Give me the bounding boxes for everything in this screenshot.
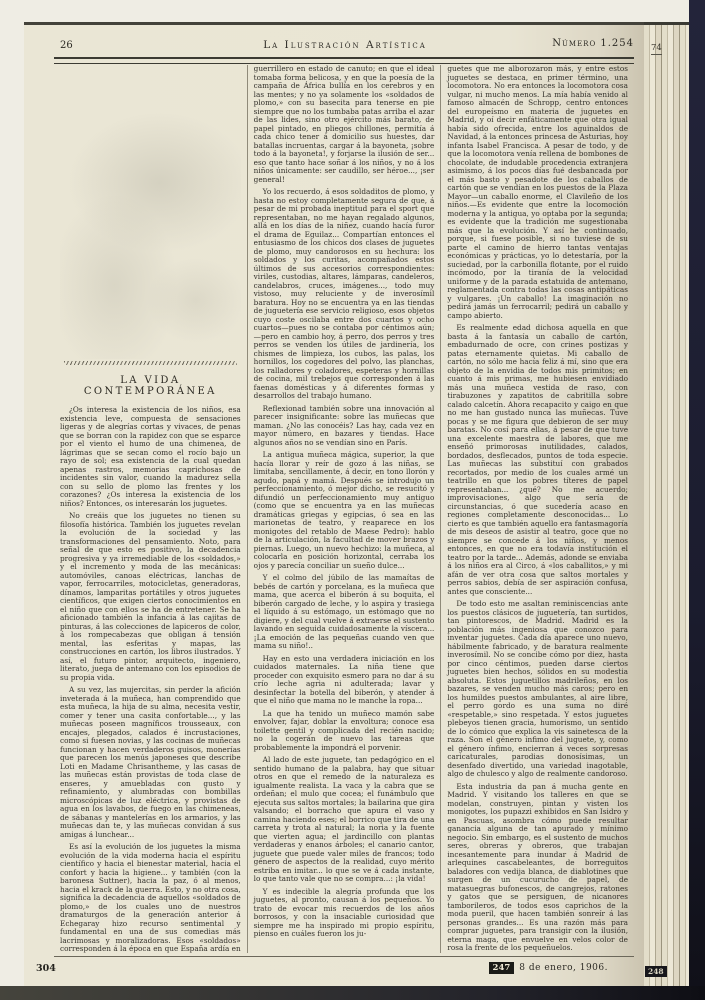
scan-bottom-edge [0,986,705,1000]
page-showthrough [60,65,241,359]
article-paragraph: La antigua muñeca mágica, superior, la q… [254,451,435,570]
issue-number: Número 1.254 [552,38,634,49]
issue-badge: 247 [489,962,515,974]
publication-title: La Ilustración Artística [56,39,634,51]
page-number-bottom: 304 [36,963,56,974]
column-2-text: guerrillero en estado de canuto; en que … [254,65,435,939]
article-paragraph: Esta industria da pan á mucha gente en M… [447,783,628,953]
article-paragraph: Y es indecible la alegría profunda que l… [254,888,435,939]
article-paragraph: No creáis que los juguetes no tienen su … [60,512,241,682]
column-3: guetes que me alborozaron más, y entre e… [440,65,634,953]
article-paragraph: guetes que me alborozaron más, y entre e… [447,65,628,320]
column-1-text: ¿Os interesa la existencia de los niños,… [60,406,241,953]
article-paragraph: ¿Os interesa la existencia de los niños,… [60,406,241,508]
footer-issue-date: 247 8 de enero, 1906. [489,962,608,974]
page-header: 26 La Ilustración Artística Número 1.254 [56,37,634,55]
article-paragraph: Es realmente edad dichosa aquella en que… [447,324,628,596]
section-title: LA VIDA CONTEMPORÁNEA [60,375,241,397]
article-paragraph: Y el colmo del júbilo de las mamaítas de… [254,574,435,651]
article-paragraph: De todo esto me asaltan reminiscencias a… [447,600,628,779]
column-3-text: guetes que me alborozaron más, y entre e… [447,65,628,953]
article-paragraph: Hay en esto una verdadera iniciación en … [254,655,435,706]
article-paragraph: A su vez, las mujercitas, sin perder la … [60,686,241,839]
column-1: LA VIDA CONTEMPORÁNEA ¿Os interesa la ex… [54,65,247,953]
article-paragraph: guerrillero en estado de canuto; en que … [254,65,435,184]
section-separator [64,361,237,365]
article-paragraph: La que ha tenido un muñeco mamón sabe en… [254,710,435,753]
article-paragraph: Al lado de este juguete, tan pedagógico … [254,756,435,884]
column-2: guerrillero en estado de canuto; en que … [247,65,441,953]
adjacent-page-number-top: 74 [651,43,662,55]
article-paragraph: Es así la evolución de los juguetes la m… [60,843,241,953]
book-page-edges: 74 248 [644,22,689,987]
header-rule [54,57,634,64]
article-paragraph: Yo los recuerdo, á esos soldaditos de pl… [254,188,435,401]
issue-date: 8 de enero, 1906. [519,963,608,973]
scanned-magazine-page: 26 La Ilustración Artística Número 1.254… [0,0,705,1000]
article-paragraph: Reflexionad también sobre una innovación… [254,405,435,448]
article-columns: LA VIDA CONTEMPORÁNEA ¿Os interesa la ex… [54,65,634,953]
magazine-page: 26 La Ilustración Artística Número 1.254… [24,22,644,987]
adjacent-page-number-bottom: 248 [645,966,667,977]
book-cover-edge [689,0,705,1000]
footer-rule [54,956,634,957]
